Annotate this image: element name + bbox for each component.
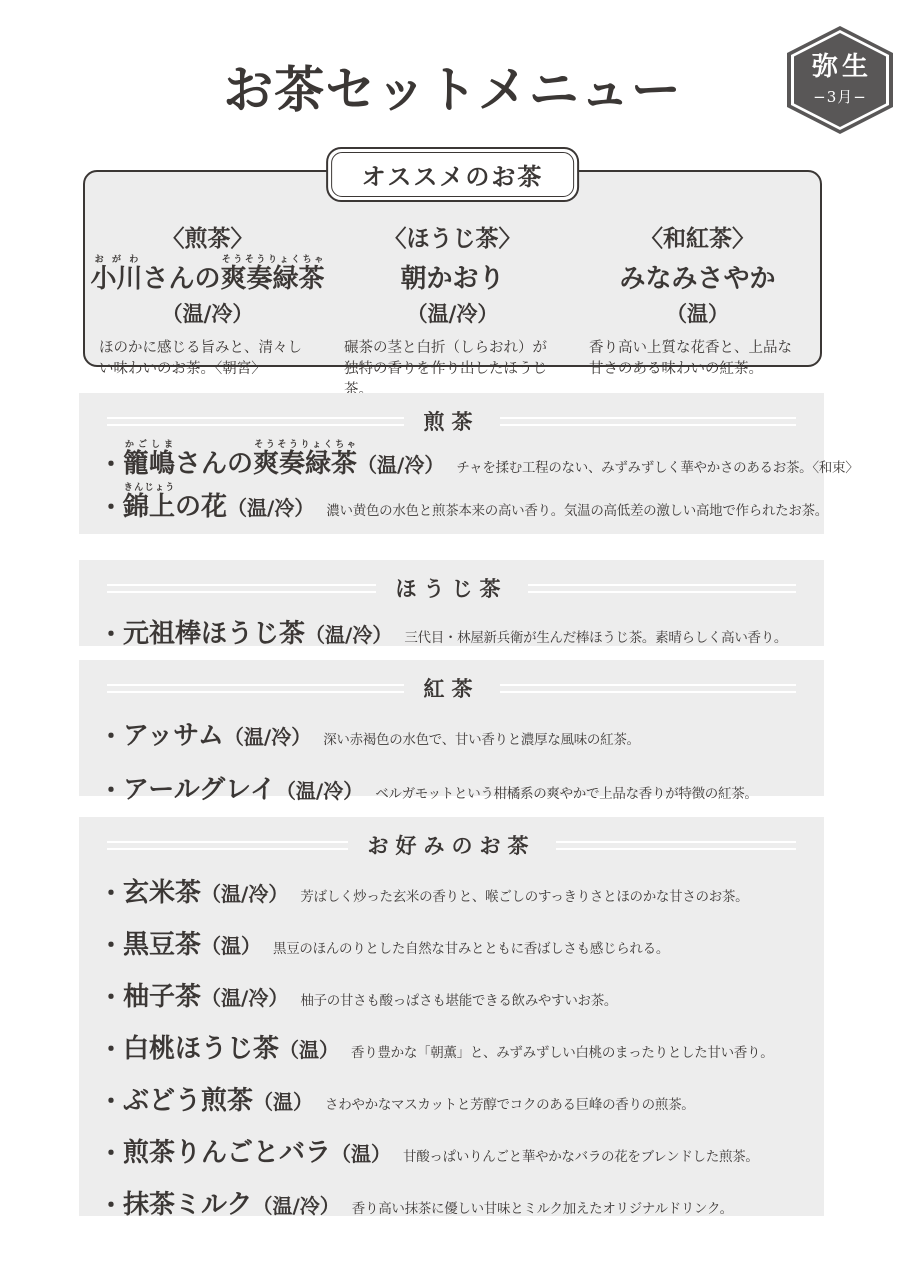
tea-item: ・アッサム（温/冷）深い赤褐色の水色で、甘い香りと濃厚な風味の紅茶。 bbox=[99, 715, 814, 752]
bullet: ・ bbox=[99, 614, 123, 649]
section-title: ほうじ茶 bbox=[376, 573, 528, 603]
tea-desc: 芳ばしく炒った玄米の香りと、喉ごしのすっきりさとほのかな甘さのお茶。 bbox=[300, 885, 748, 905]
section-header: ほうじ茶 bbox=[79, 560, 824, 603]
tea-temp: （温） bbox=[201, 930, 261, 959]
recommended-tea-name: 朝かおり bbox=[330, 255, 575, 295]
tea-desc: 柚子の甘さも酸っぱさも堪能できる飲みやすいお茶。 bbox=[300, 989, 617, 1009]
page-title: お茶セットメニュー bbox=[0, 50, 905, 122]
tea-temp: （温/冷） bbox=[357, 449, 444, 478]
tea-item: ・錦上きんじょうの花（温/冷）濃い黄色の水色と煎茶本来の高い香り。気温の高低差の… bbox=[99, 483, 814, 523]
recommended-column-1: 〈ほうじ茶〉朝かおり（温/冷）碾茶の茎と白折（しらおれ）が独特の香りを作り出した… bbox=[330, 220, 575, 401]
recommended-category: 〈煎茶〉 bbox=[85, 220, 330, 253]
tea-temp: （温/冷） bbox=[227, 492, 314, 521]
tea-name: 黒豆茶 bbox=[123, 924, 201, 961]
bullet: ・ bbox=[99, 977, 123, 1012]
badge-month-label: −3月− bbox=[813, 86, 867, 107]
tea-desc: さわやかなマスカットと芳醇でコクのある巨峰の香りの煎茶。 bbox=[325, 1093, 694, 1113]
month-badge: 弥生 −3月− bbox=[787, 26, 893, 134]
tea-temp: （温） bbox=[331, 1138, 391, 1167]
section-divider-line bbox=[107, 417, 404, 426]
bullet: ・ bbox=[99, 925, 123, 960]
recommended-columns: 〈煎茶〉小川おがわさんの爽奏緑茶そうそうりょくちゃ（温/冷）ほのかに感じる旨みと… bbox=[85, 172, 820, 401]
section-divider-line bbox=[500, 684, 797, 693]
tea-desc: 香り高い抹茶に優しい甘味とミルク加えたオリジナルドリンク。 bbox=[352, 1197, 733, 1217]
section-items: ・元祖棒ほうじ茶（温/冷）三代目・林屋新兵衛が生んだ棒ほうじ茶。素晴らしく高い香… bbox=[79, 603, 824, 650]
tea-desc: 三代目・林屋新兵衛が生んだ棒ほうじ茶。素晴らしく高い香り。 bbox=[404, 626, 787, 646]
tea-name: 籠嶋かごしまさんの爽奏緑茶そうそうりょくちゃ bbox=[123, 440, 357, 480]
section-divider-line bbox=[107, 684, 404, 693]
bullet: ・ bbox=[99, 1029, 123, 1064]
tea-temp: （温） bbox=[279, 1034, 339, 1063]
tea-name: 煎茶りんごとバラ bbox=[123, 1132, 331, 1169]
tea-item: ・黒豆茶（温）黒豆のほんのりとした自然な甘みとともに香ばしさも感じられる。 bbox=[99, 924, 814, 961]
tea-name: 錦上きんじょうの花 bbox=[123, 483, 227, 523]
tea-item: ・アールグレイ（温/冷）ベルガモットという柑橘系の爽やかで上品な香りが特徴の紅茶… bbox=[99, 769, 814, 806]
tea-temp: （温/冷） bbox=[305, 619, 392, 648]
tea-item: ・ぶどう煎茶（温）さわやかなマスカットと芳醇でコクのある巨峰の香りの煎茶。 bbox=[99, 1080, 814, 1117]
section-header: 紅茶 bbox=[79, 660, 824, 703]
tea-item: ・白桃ほうじ茶（温）香り豊かな「朝薫」と、みずみずしい白桃のまったりとした甘い香… bbox=[99, 1028, 814, 1065]
tea-temp: （温/冷） bbox=[276, 775, 363, 804]
section-divider-line bbox=[528, 584, 797, 593]
badge-content: 弥生 −3月− bbox=[787, 26, 893, 134]
tea-item: ・玄米茶（温/冷）芳ばしく炒った玄米の香りと、喉ごしのすっきりさとほのかな甘さの… bbox=[99, 872, 814, 909]
bullet: ・ bbox=[99, 716, 123, 751]
recommended-tea-temp: （温/冷） bbox=[85, 298, 330, 328]
tea-temp: （温） bbox=[253, 1086, 313, 1115]
section-items: ・アッサム（温/冷）深い赤褐色の水色で、甘い香りと濃厚な風味の紅茶。・アールグレ… bbox=[79, 703, 824, 806]
tea-temp: （温/冷） bbox=[252, 1190, 339, 1219]
tea-desc: 黒豆のほんのりとした自然な甘みとともに香ばしさも感じられる。 bbox=[273, 937, 669, 957]
recommended-column-0: 〈煎茶〉小川おがわさんの爽奏緑茶そうそうりょくちゃ（温/冷）ほのかに感じる旨みと… bbox=[85, 220, 330, 401]
section-sencha: 煎茶・籠嶋かごしまさんの爽奏緑茶そうそうりょくちゃ（温/冷）チャを揉む工程のない… bbox=[79, 393, 824, 534]
tea-item: ・柚子茶（温/冷）柚子の甘さも酸っぱさも堪能できる飲みやすいお茶。 bbox=[99, 976, 814, 1013]
recommended-category: 〈ほうじ茶〉 bbox=[330, 220, 575, 253]
tea-desc: 甘酸っぱいりんごと華やかなバラの花をブレンドした煎茶。 bbox=[403, 1145, 759, 1165]
tea-name: ぶどう煎茶 bbox=[123, 1080, 253, 1117]
bullet: ・ bbox=[99, 770, 123, 805]
tea-name: 玄米茶 bbox=[123, 872, 201, 909]
tea-name: 柚子茶 bbox=[123, 976, 201, 1013]
recommended-tea-name: 小川おがわさんの爽奏緑茶そうそうりょくちゃ bbox=[85, 255, 330, 295]
section-header: お好みのお茶 bbox=[79, 817, 824, 860]
tea-item: ・元祖棒ほうじ茶（温/冷）三代目・林屋新兵衛が生んだ棒ほうじ茶。素晴らしく高い香… bbox=[99, 613, 814, 650]
tea-item: ・籠嶋かごしまさんの爽奏緑茶そうそうりょくちゃ（温/冷）チャを揉む工程のない、み… bbox=[99, 440, 814, 480]
recommended-category: 〈和紅茶〉 bbox=[575, 220, 820, 253]
section-items: ・玄米茶（温/冷）芳ばしく炒った玄米の香りと、喉ごしのすっきりさとほのかな甘さの… bbox=[79, 860, 824, 1221]
tea-desc: チャを揉む工程のない、みずみずしく華やかさのあるお茶。〈和束〉 bbox=[456, 456, 858, 476]
tea-name: アッサム bbox=[123, 715, 224, 752]
recommended-tea-name: みなみさやか bbox=[575, 255, 820, 295]
badge-season-label: 弥生 bbox=[812, 53, 872, 82]
recommended-column-2: 〈和紅茶〉みなみさやか（温）香り高い上質な花香と、上品な甘さのある味わいの紅茶。 bbox=[575, 220, 820, 401]
tea-temp: （温/冷） bbox=[201, 982, 288, 1011]
section-items: ・籠嶋かごしまさんの爽奏緑茶そうそうりょくちゃ（温/冷）チャを揉む工程のない、み… bbox=[79, 436, 824, 523]
bullet: ・ bbox=[99, 444, 123, 479]
section-header: 煎茶 bbox=[79, 393, 824, 436]
tea-item: ・抹茶ミルク（温/冷）香り高い抹茶に優しい甘味とミルク加えたオリジナルドリンク。 bbox=[99, 1184, 814, 1221]
tea-name: アールグレイ bbox=[123, 769, 276, 806]
section-divider-line bbox=[107, 584, 376, 593]
tea-desc: 深い赤褐色の水色で、甘い香りと濃厚な風味の紅茶。 bbox=[323, 728, 640, 748]
section-kocha: 紅茶・アッサム（温/冷）深い赤褐色の水色で、甘い香りと濃厚な風味の紅茶。・アール… bbox=[79, 660, 824, 796]
recommended-tea-desc: 香り高い上質な花香と、上品な甘さのある味わいの紅茶。 bbox=[575, 338, 820, 380]
tea-desc: 濃い黄色の水色と煎茶本来の高い香り。気温の高低差の激しい高地で作られたお茶。 bbox=[326, 499, 828, 519]
section-title: 煎茶 bbox=[404, 406, 500, 436]
tea-name: 白桃ほうじ茶 bbox=[123, 1028, 279, 1065]
tea-menu-page: お茶セットメニュー 弥生 −3月− 〈煎茶〉小川おがわさんの爽奏緑茶そうそうりょ… bbox=[0, 0, 905, 1280]
tea-temp: （温/冷） bbox=[201, 878, 288, 907]
section-hojicha: ほうじ茶・元祖棒ほうじ茶（温/冷）三代目・林屋新兵衛が生んだ棒ほうじ茶。素晴らし… bbox=[79, 560, 824, 646]
bullet: ・ bbox=[99, 1081, 123, 1116]
bullet: ・ bbox=[99, 1133, 123, 1168]
tea-item: ・煎茶りんごとバラ（温）甘酸っぱいりんごと華やかなバラの花をブレンドした煎茶。 bbox=[99, 1132, 814, 1169]
section-divider-line bbox=[500, 417, 797, 426]
bullet: ・ bbox=[99, 1185, 123, 1220]
bullet: ・ bbox=[99, 487, 123, 522]
section-divider-line bbox=[556, 841, 797, 850]
section-divider-line bbox=[107, 841, 348, 850]
recommended-tea-desc: 碾茶の茎と白折（しらおれ）が独特の香りを作り出したほうじ茶。 bbox=[330, 338, 575, 401]
section-title: お好みのお茶 bbox=[348, 830, 556, 860]
recommended-tea-temp: （温） bbox=[575, 298, 820, 328]
tea-name: 元祖棒ほうじ茶 bbox=[123, 613, 305, 650]
section-favorite-teas: お好みのお茶・玄米茶（温/冷）芳ばしく炒った玄米の香りと、喉ごしのすっきりさとほ… bbox=[79, 817, 824, 1216]
tea-temp: （温/冷） bbox=[224, 721, 311, 750]
bullet: ・ bbox=[99, 873, 123, 908]
recommended-header-label: オススメのお茶 bbox=[331, 152, 575, 197]
recommended-tea-desc: ほのかに感じる旨みと、清々しい味わいのお茶。〈朝宮〉 bbox=[85, 338, 330, 380]
recommended-tea-temp: （温/冷） bbox=[330, 298, 575, 328]
tea-desc: ベルガモットという柑橘系の爽やかで上品な香りが特徴の紅茶。 bbox=[375, 782, 757, 802]
tea-desc: 香り豊かな「朝薫」と、みずみずしい白桃のまったりとした甘い香り。 bbox=[351, 1041, 773, 1061]
recommended-header: オススメのお茶 bbox=[326, 147, 580, 202]
tea-name: 抹茶ミルク bbox=[123, 1184, 252, 1221]
section-title: 紅茶 bbox=[404, 673, 500, 703]
